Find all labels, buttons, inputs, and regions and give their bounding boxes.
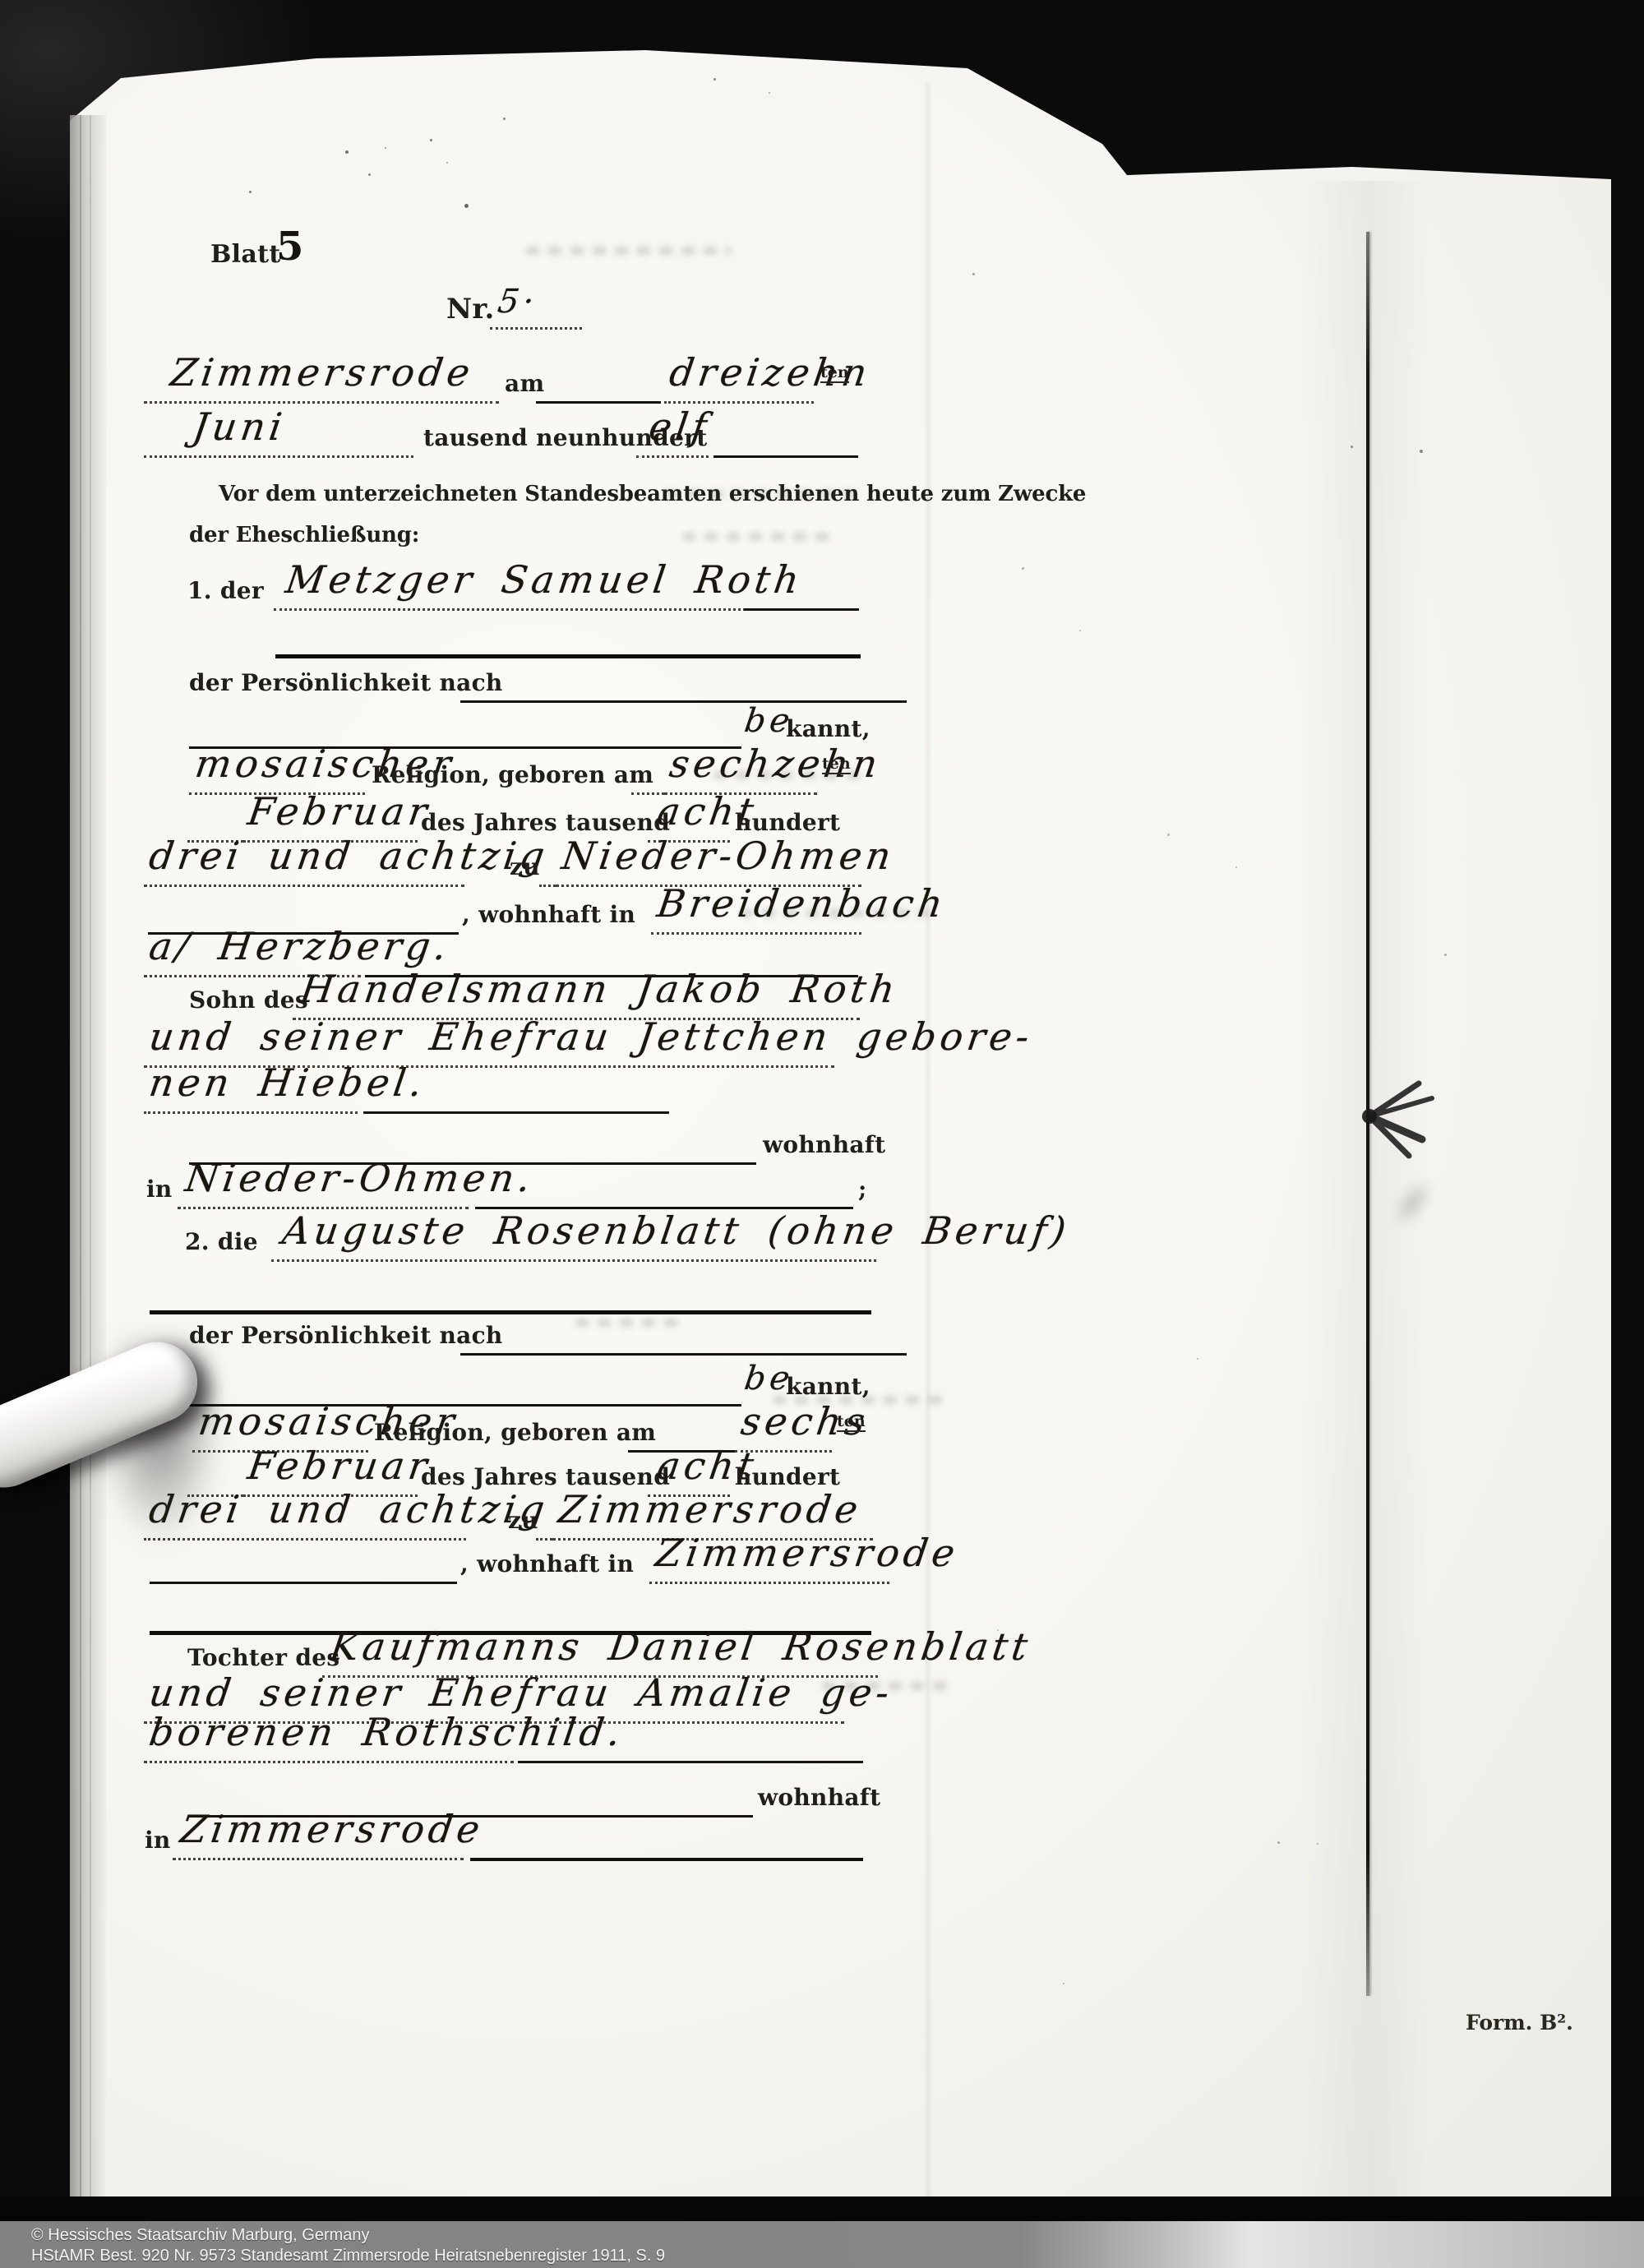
groom-birth-month-handwritten: Februar bbox=[245, 789, 434, 834]
bride-religion-label: Religion, geboren am bbox=[374, 1419, 656, 1446]
groom-residence-handwritten: Breidenbach bbox=[654, 881, 949, 926]
blatt-label: Blatt bbox=[210, 240, 280, 269]
groom-index-label: 1. der bbox=[187, 577, 264, 604]
intro-line-2: der Eheschließung: bbox=[189, 523, 419, 547]
nr-value-handwritten: 5· bbox=[496, 283, 541, 321]
bride-identity-label: der Persönlichkeit nach bbox=[189, 1322, 503, 1349]
binding-knot bbox=[1314, 1054, 1453, 1194]
dateline-year-row: Juni tausend neunhundert elf bbox=[0, 409, 1644, 469]
groom-zu-label: zu bbox=[510, 853, 540, 880]
bride-parents-residence-row: in Zimmersrode bbox=[0, 1812, 1644, 1871]
nr-label: Nr. bbox=[446, 293, 495, 326]
bride-known-label: kannt, bbox=[786, 1373, 870, 1400]
groom-birth-day-handwritten: sechzehn bbox=[667, 741, 884, 786]
dateline-month-handwritten: Juni bbox=[190, 404, 289, 449]
groom-mother-line2-handwritten: nen Hiebel. bbox=[146, 1060, 429, 1105]
groom-name-handwritten: Metzger Samuel Roth bbox=[283, 557, 806, 602]
bride-mother-line2-handwritten: borenen Rothschild. bbox=[146, 1710, 627, 1754]
bride-father-handwritten: Kaufmanns Daniel Rosenblatt bbox=[327, 1624, 1034, 1669]
bride-index-label: 2. die bbox=[185, 1228, 258, 1255]
groom-identity-label: der Persönlichkeit nach bbox=[189, 669, 503, 696]
bride-parents-residence-handwritten: Zimmersrode bbox=[178, 1807, 487, 1851]
groom-birth-year-words: drei und achtzig bbox=[146, 834, 552, 878]
bride-name-handwritten: Auguste Rosenblatt (ohne Beruf) bbox=[279, 1208, 1073, 1253]
groom-parentage-label: Sohn des bbox=[189, 986, 308, 1014]
groom-parents-residence-handwritten: Nieder-Ohmen. bbox=[182, 1156, 537, 1200]
groom-year-label: des Jahres tausend bbox=[421, 809, 670, 836]
bride-mother-row-2: borenen Rothschild. bbox=[0, 1715, 1644, 1774]
groom-mother-line1-handwritten: und seiner Ehefrau Jettchen gebore- bbox=[146, 1014, 1036, 1059]
bride-birth-month-handwritten: Februar bbox=[245, 1443, 434, 1488]
archive-footer: © Hessisches Staatsarchiv Marburg, Germa… bbox=[0, 2221, 1644, 2268]
bride-mother-line1-handwritten: und seiner Ehefrau Amalie ge- bbox=[146, 1670, 896, 1715]
groom-hundred-label: hundert bbox=[735, 809, 840, 836]
bride-zu-label: zu bbox=[508, 1507, 538, 1534]
groom-residence-label: , wohnhaft in bbox=[462, 901, 635, 928]
bride-birth-day-suffix: ten bbox=[837, 1414, 866, 1432]
bride-residence-handwritten: Zimmersrode bbox=[653, 1531, 962, 1575]
groom-birth-day-suffix: ten bbox=[822, 756, 851, 774]
bride-residence-label: , wohnhaft in bbox=[460, 1550, 634, 1577]
groom-known-label: kannt, bbox=[786, 715, 870, 742]
register-scan: Blatt 5 Nr. 5· Zimmersrode am dreizehn t… bbox=[0, 0, 1644, 2268]
form-reference: Form. B². bbox=[1466, 2011, 1573, 2035]
am-label: am bbox=[505, 370, 544, 397]
dateline-place-handwritten: Zimmersrode bbox=[168, 350, 477, 395]
archive-reference: HStAMR Best. 920 Nr. 9573 Standesamt Zim… bbox=[31, 2247, 665, 2266]
groom-residence-line2-handwritten: a/ Herzberg. bbox=[146, 924, 453, 968]
blatt-number: 5 bbox=[276, 224, 303, 270]
bride-wohnhaft-label: wohnhaft bbox=[758, 1784, 880, 1811]
groom-father-handwritten: Handelsmann Jakob Roth bbox=[298, 967, 902, 1011]
groom-wohnhaft-label: wohnhaft bbox=[763, 1131, 885, 1158]
groom-birth-place-handwritten: Nieder-Ohmen bbox=[559, 834, 898, 878]
dateline-year-handwritten: elf bbox=[646, 404, 713, 449]
bride-birth-place-handwritten: Zimmersrode bbox=[556, 1487, 865, 1531]
groom-in-label: in bbox=[146, 1176, 173, 1203]
intro-row-2: der Eheschließung: bbox=[0, 508, 1644, 567]
groom-punctuation: ; bbox=[858, 1176, 867, 1203]
archive-copyright: © Hessisches Staatsarchiv Marburg, Germa… bbox=[31, 2226, 370, 2245]
groom-religion-label: Religion, geboren am bbox=[372, 761, 653, 788]
bride-parentage-label: Tochter des bbox=[187, 1644, 339, 1671]
nr-row: Nr. 5· bbox=[0, 281, 1644, 340]
day-suffix: ten bbox=[820, 365, 849, 383]
blatt-row: Blatt 5 bbox=[0, 224, 1644, 283]
bride-in-label: in bbox=[145, 1827, 171, 1854]
intro-line-1: Vor dem unterzeichneten Standesbeamten e… bbox=[219, 482, 1086, 506]
